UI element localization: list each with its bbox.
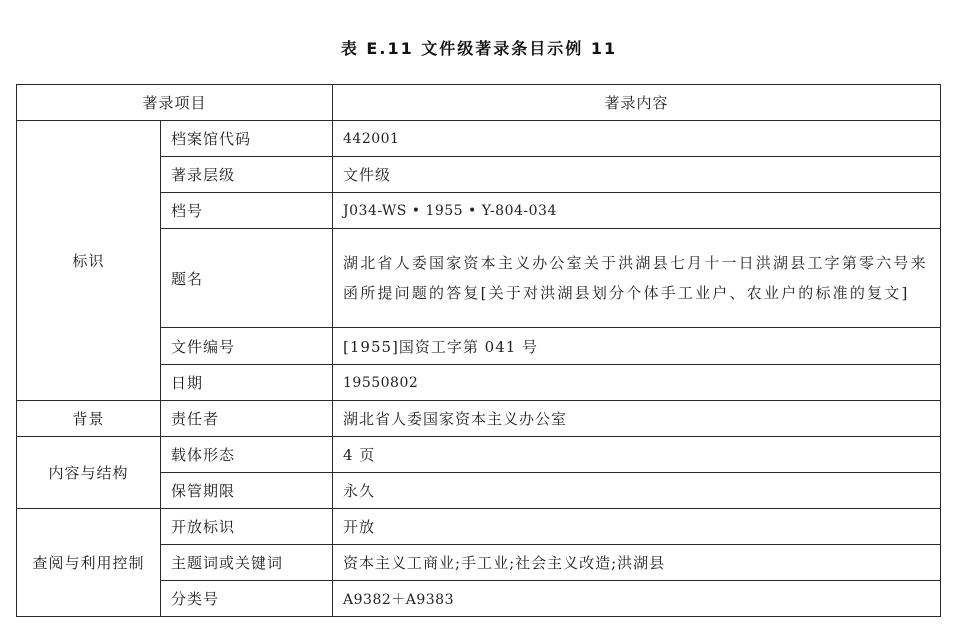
group-access-control: 查阅与利用控制 [17,509,161,617]
item-label: 档案馆代码 [161,121,333,157]
table-row: 标识 档案馆代码 442001 [17,121,941,157]
item-label: 档号 [161,193,333,229]
item-label: 保管期限 [161,473,333,509]
item-label: 责任者 [161,401,333,437]
item-label: 分类号 [161,581,333,617]
item-value: [1955]国资工字第 041 号 [333,328,941,365]
item-label: 载体形态 [161,437,333,473]
item-label: 题名 [161,229,333,328]
table-title: 表 E.11 文件级著录条目示例 11 [0,36,958,59]
item-label: 主题词或关键词 [161,545,333,581]
item-value: 文件级 [333,157,941,193]
item-value: 442001 [333,121,941,157]
item-value: 开放 [333,509,941,545]
table-row: 背景 责任者 湖北省人委国家资本主义办公室 [17,401,941,437]
item-value: 4 页 [333,437,941,473]
item-label: 著录层级 [161,157,333,193]
header-item: 著录项目 [17,85,333,121]
header-row: 著录项目 著录内容 [17,85,941,121]
item-value: 湖北省人委国家资本主义办公室关于洪湖县七月十一日洪湖县工字第零六号来函所提问题的… [333,229,941,328]
table-row: 内容与结构 载体形态 4 页 [17,437,941,473]
item-label: 开放标识 [161,509,333,545]
group-content-structure: 内容与结构 [17,437,161,509]
item-label: 文件编号 [161,328,333,365]
item-value: A9382＋A9383 [333,581,941,617]
header-content: 著录内容 [333,85,941,121]
group-background: 背景 [17,401,161,437]
catalog-table: 著录项目 著录内容 标识 档案馆代码 442001 著录层级 文件级 档号 J0… [16,84,941,617]
item-value: 资本主义工商业;手工业;社会主义改造;洪湖县 [333,545,941,581]
item-value: 湖北省人委国家资本主义办公室 [333,401,941,437]
group-identification: 标识 [17,121,161,401]
table-row: 查阅与利用控制 开放标识 开放 [17,509,941,545]
item-value: 永久 [333,473,941,509]
item-value: 19550802 [333,365,941,401]
item-value: J034-WS • 1955 • Y-804-034 [333,193,941,229]
item-label: 日期 [161,365,333,401]
